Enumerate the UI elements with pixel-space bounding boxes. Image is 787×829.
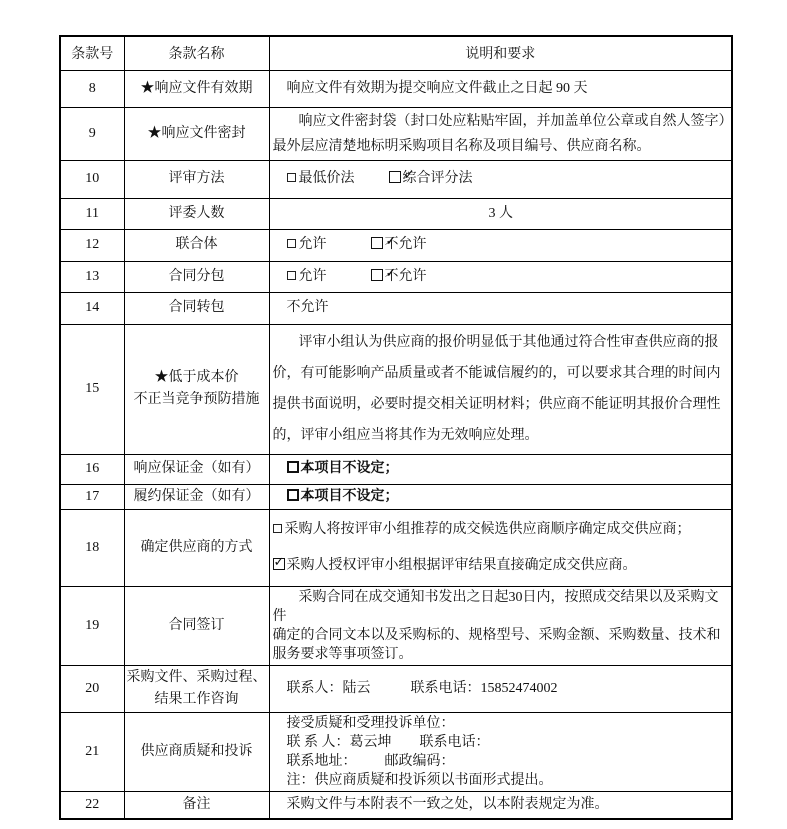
clause-name-line: 联合体 — [127, 234, 267, 256]
clause-name: 备注 — [124, 791, 269, 819]
description-line: 不允许 — [273, 298, 730, 318]
table-row: 14合同转包不允许 — [60, 292, 732, 324]
description-line: 注：供应商质疑和投诉须以书面形式提出。 — [273, 771, 730, 790]
description-text: 最外层应清楚地标明采购项目名称及项目编号、供应商名称。 — [273, 139, 651, 154]
description-text: 联系电话： — [420, 735, 490, 750]
description-line: 允许不允许 — [273, 235, 730, 255]
description-text: 允许 — [299, 269, 327, 284]
clause-description: 采购合同在成交通知书发出之日起30日内，按照成交结果以及采购文件确定的合同文本以… — [269, 586, 732, 665]
clause-number: 16 — [60, 454, 124, 484]
clause-number: 13 — [60, 261, 124, 292]
table-row: 13合同分包允许不允许 — [60, 261, 732, 292]
description-text: 采购合同在成交通知书发出之日起30日内，按照成交结果以及采购文件 — [273, 590, 719, 624]
clause-name: 履约保证金（如有） — [124, 484, 269, 509]
clause-description: 允许不允许 — [269, 229, 732, 261]
table-row: 18确定供应商的方式采购人将按评审小组推荐的成交候选供应商顺序确定成交供应商；采… — [60, 509, 732, 586]
unchecked-checkbox-icon — [273, 524, 282, 533]
checked-checkbox-icon — [389, 171, 401, 183]
table-body: 8★响应文件有效期响应文件有效期为提交响应文件截止之日起 90 天9★响应文件密… — [60, 70, 732, 819]
clause-number: 21 — [60, 712, 124, 791]
table-row: 15★低于成本价不正当竞争预防措施评审小组认为供应商的报价明显低于其他通过符合性… — [60, 324, 732, 454]
table-row: 8★响应文件有效期响应文件有效期为提交响应文件截止之日起 90 天 — [60, 70, 732, 107]
description-text: 的，评审小组应当将其作为无效响应处理。 — [273, 428, 539, 443]
column-header-clause-no: 条款号 — [60, 36, 124, 70]
description-text: 响应文件有效期为提交响应文件截止之日起 90 天 — [287, 81, 588, 96]
clause-number: 22 — [60, 791, 124, 819]
clause-name-line: 评委人数 — [127, 203, 267, 225]
clause-name-line: 结果工作咨询 — [127, 689, 267, 711]
description-line: 响应文件有效期为提交响应文件截止之日起 90 天 — [273, 79, 730, 99]
clause-name-line: ★低于成本价 — [127, 367, 267, 389]
description-line: 采购合同在成交通知书发出之日起30日内，按照成交结果以及采购文件 — [273, 588, 730, 626]
clause-name-line: 合同签订 — [127, 615, 267, 637]
description-line: 本项目不设定； — [273, 459, 730, 479]
clause-name-line: ★响应文件密封 — [127, 123, 267, 145]
clause-number: 18 — [60, 509, 124, 586]
checked-checkbox-icon — [287, 489, 299, 501]
clause-name: ★响应文件密封 — [124, 107, 269, 160]
table-row: 11评委人数3 人 — [60, 198, 732, 229]
spacer — [327, 247, 371, 248]
clause-name-line: 备注 — [127, 794, 267, 816]
clause-number: 17 — [60, 484, 124, 509]
clause-description: 采购人将按评审小组推荐的成交候选供应商顺序确定成交供应商；采购人授权评审小组根据… — [269, 509, 732, 586]
clause-name: ★低于成本价不正当竞争预防措施 — [124, 324, 269, 454]
description-text: 联系地址： — [287, 754, 357, 769]
clause-description: 允许不允许 — [269, 261, 732, 292]
clause-number: 14 — [60, 292, 124, 324]
clause-number: 12 — [60, 229, 124, 261]
description-line: 采购人将按评审小组推荐的成交候选供应商顺序确定成交供应商； — [273, 512, 730, 548]
description-text: 确定的合同文本以及采购标的、规格型号、采购金额、采购数量、技术和 — [273, 628, 721, 643]
description-line: 3 人 — [273, 204, 730, 224]
clause-name-line: 不正当竞争预防措施 — [127, 389, 267, 411]
clause-description: 本项目不设定； — [269, 454, 732, 484]
description-text: 响应文件密封袋（封口处应粘贴牢固，并加盖单位公章或自然人签字） — [299, 114, 733, 129]
description-line: 本项目不设定； — [273, 487, 730, 507]
spacer — [392, 745, 420, 746]
clause-number: 15 — [60, 324, 124, 454]
terms-table: 条款号 条款名称 说明和要求 8★响应文件有效期响应文件有效期为提交响应文件截止… — [59, 35, 733, 820]
clause-name: 联合体 — [124, 229, 269, 261]
column-header-clause-name: 条款名称 — [124, 36, 269, 70]
unchecked-checkbox-icon — [287, 239, 296, 248]
description-text: 价，有可能影响产品质量或者不能诚信履约的，可以要求其合理的时间内 — [273, 366, 721, 381]
clause-name: 合同分包 — [124, 261, 269, 292]
clause-name: 合同转包 — [124, 292, 269, 324]
description-text: 采购文件与本附表不一致之处，以本附表规定为准。 — [287, 797, 609, 812]
clause-name-line: 合同转包 — [127, 297, 267, 319]
clause-number: 20 — [60, 665, 124, 712]
description-text: 采购人将按评审小组推荐的成交候选供应商顺序确定成交供应商； — [285, 522, 691, 537]
checked-checkbox-icon — [287, 461, 299, 473]
table-row: 10评审方法最低价法综合评分法 — [60, 160, 732, 198]
description-line: 的，评审小组应当将其作为无效响应处理。 — [273, 420, 730, 451]
description-text: 联系电话：15852474002 — [411, 681, 558, 696]
description-line: 联系地址：邮政编码： — [273, 752, 730, 771]
description-line: 允许不允许 — [273, 267, 730, 287]
unchecked-checkbox-icon — [287, 173, 296, 182]
description-line: 最低价法综合评分法 — [273, 169, 730, 189]
clause-description: 最低价法综合评分法 — [269, 160, 732, 198]
description-line: 响应文件密封袋（封口处应粘贴牢固，并加盖单位公章或自然人签字） — [273, 109, 730, 134]
spacer — [371, 691, 411, 692]
clause-description: 不允许 — [269, 292, 732, 324]
clause-name: 评审方法 — [124, 160, 269, 198]
clause-number: 9 — [60, 107, 124, 160]
clause-name-line: 响应保证金（如有） — [127, 458, 267, 480]
spacer — [357, 764, 385, 765]
description-text: 联系人：陆云 — [287, 681, 371, 696]
table-row: 19合同签订采购合同在成交通知书发出之日起30日内，按照成交结果以及采购文件确定… — [60, 586, 732, 665]
checked-checkbox-icon — [371, 269, 383, 281]
table-row: 20采购文件、采购过程、结果工作咨询联系人：陆云联系电话：15852474002 — [60, 665, 732, 712]
description-text: 最低价法 — [299, 171, 355, 186]
description-line: 最外层应清楚地标明采购项目名称及项目编号、供应商名称。 — [273, 134, 730, 159]
clause-name: ★响应文件有效期 — [124, 70, 269, 107]
description-line: 评审小组认为供应商的报价明显低于其他通过符合性审查供应商的报 — [273, 327, 730, 358]
spacer — [327, 279, 371, 280]
description-text: 本项目不设定； — [301, 461, 399, 476]
description-line: 联系人：陆云联系电话：15852474002 — [273, 679, 730, 699]
description-text: 3 人 — [489, 206, 514, 221]
clause-name-line: 评审方法 — [127, 168, 267, 190]
table-row: 16响应保证金（如有）本项目不设定； — [60, 454, 732, 484]
table-row: 22备注采购文件与本附表不一致之处，以本附表规定为准。 — [60, 791, 732, 819]
header-row: 条款号 条款名称 说明和要求 — [60, 36, 732, 70]
table-row: 9★响应文件密封响应文件密封袋（封口处应粘贴牢固，并加盖单位公章或自然人签字）最… — [60, 107, 732, 160]
description-line: 确定的合同文本以及采购标的、规格型号、采购金额、采购数量、技术和 — [273, 626, 730, 645]
spacer — [355, 181, 389, 182]
checked-checkbox-icon — [371, 237, 383, 249]
description-text: 允许 — [299, 237, 327, 252]
clause-name: 供应商质疑和投诉 — [124, 712, 269, 791]
clause-description: 联系人：陆云联系电话：15852474002 — [269, 665, 732, 712]
description-text: 邮政编码： — [385, 754, 455, 769]
clause-number: 19 — [60, 586, 124, 665]
clause-description: 响应文件密封袋（封口处应粘贴牢固，并加盖单位公章或自然人签字）最外层应清楚地标明… — [269, 107, 732, 160]
clause-description: 3 人 — [269, 198, 732, 229]
table-row: 21供应商质疑和投诉接受质疑和受理投诉单位：联 系 人：葛云坤联系电话：联系地址… — [60, 712, 732, 791]
description-text: 注：供应商质疑和投诉须以书面形式提出。 — [287, 773, 553, 788]
clause-name: 确定供应商的方式 — [124, 509, 269, 586]
description-text: 不允许 — [287, 300, 329, 315]
description-text: 采购人授权评审小组根据评审结果直接确定成交供应商。 — [287, 558, 637, 573]
description-line: 采购人授权评审小组根据评审结果直接确定成交供应商。 — [273, 548, 730, 584]
table-row: 12联合体允许不允许 — [60, 229, 732, 261]
clause-name-line: 确定供应商的方式 — [127, 537, 267, 559]
clause-name-line: 履约保证金（如有） — [127, 486, 267, 508]
clause-description: 接受质疑和受理投诉单位：联 系 人：葛云坤联系电话：联系地址：邮政编码：注：供应… — [269, 712, 732, 791]
clause-name: 采购文件、采购过程、结果工作咨询 — [124, 665, 269, 712]
description-text: 联 系 人：葛云坤 — [287, 735, 392, 750]
clause-name-line: 供应商质疑和投诉 — [127, 741, 267, 763]
description-line: 服务要求等事项签订。 — [273, 645, 730, 664]
clause-description: 本项目不设定； — [269, 484, 732, 509]
description-line: 联 系 人：葛云坤联系电话： — [273, 733, 730, 752]
description-line: 价，有可能影响产品质量或者不能诚信履约的，可以要求其合理的时间内 — [273, 358, 730, 389]
description-text: 提供书面说明，必要时提交相关证明材料；供应商不能证明其报价合理性 — [273, 397, 721, 412]
clause-name: 响应保证金（如有） — [124, 454, 269, 484]
clause-name-line: 合同分包 — [127, 266, 267, 288]
clause-number: 11 — [60, 198, 124, 229]
clause-description: 响应文件有效期为提交响应文件截止之日起 90 天 — [269, 70, 732, 107]
clause-name-line: 采购文件、采购过程、 — [127, 667, 267, 689]
description-text: 服务要求等事项签订。 — [273, 647, 413, 662]
clause-description: 评审小组认为供应商的报价明显低于其他通过符合性审查供应商的报价，有可能影响产品质… — [269, 324, 732, 454]
clause-name-line: ★响应文件有效期 — [127, 78, 267, 100]
description-text: 本项目不设定； — [301, 489, 399, 504]
checked-checkbox-icon — [273, 558, 285, 570]
clause-description: 采购文件与本附表不一致之处，以本附表规定为准。 — [269, 791, 732, 819]
column-header-description: 说明和要求 — [269, 36, 732, 70]
description-text: 评审小组认为供应商的报价明显低于其他通过符合性审查供应商的报 — [299, 335, 719, 350]
clause-name: 合同签订 — [124, 586, 269, 665]
table-row: 17履约保证金（如有）本项目不设定； — [60, 484, 732, 509]
description-line: 接受质疑和受理投诉单位： — [273, 714, 730, 733]
unchecked-checkbox-icon — [287, 271, 296, 280]
description-text: 接受质疑和受理投诉单位： — [287, 716, 455, 731]
description-line: 提供书面说明，必要时提交相关证明材料；供应商不能证明其报价合理性 — [273, 389, 730, 420]
clause-number: 10 — [60, 160, 124, 198]
clause-number: 8 — [60, 70, 124, 107]
clause-name: 评委人数 — [124, 198, 269, 229]
description-line: 采购文件与本附表不一致之处，以本附表规定为准。 — [273, 795, 730, 815]
